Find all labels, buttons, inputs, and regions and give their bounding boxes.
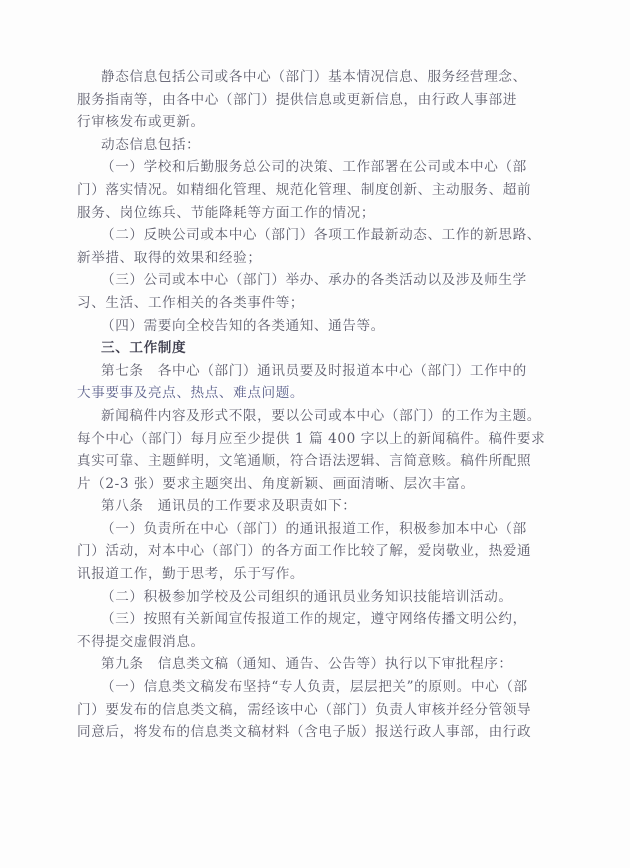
article-8-item-3-line-2: 不得提交虚假消息。 <box>77 631 555 654</box>
item-2-line-1: （二）反映公司或本中心（部门）各项工作最新动态、工作的新思路、 <box>77 224 555 247</box>
article-8-item-1-line-2: 门）活动，对本中心（部门）的各方面工作比较了解，爱岗敬业，热爱通 <box>77 540 555 563</box>
item-1-line-1: （一）学校和后勤服务总公司的决策、工作部署在公司或本中心（部 <box>77 156 555 179</box>
article-8-item-3-line-1: （三）按照有关新闻宣传报道工作的规定，遵守网络传播文明公约， <box>77 608 555 631</box>
article-7-line-2: 大事要事及亮点、热点、难点问题。 <box>77 382 555 405</box>
news-manuscript-line-1: 新闻稿件内容及形式不限，要以公司或本中心（部门）的工作为主题。 <box>77 405 555 428</box>
article-8-item-1-line-1: （一）负责所在中心（部门）的通讯报道工作，积极参加本中心（部 <box>77 518 555 541</box>
article-9-item-1-line-2: 门）要发布的信息类文稿，需经该中心（部门）负责人审核并经分管领导 <box>77 699 555 722</box>
item-3-line-1: （三）公司或本中心（部门）举办、承办的各类活动以及涉及师生学 <box>77 269 555 292</box>
item-2-line-2: 新举措、取得的效果和经验； <box>77 247 555 270</box>
article-8-item-2-line-1: （二）积极参加学校及公司组织的通讯员业务知识技能培训活动。 <box>77 586 555 609</box>
news-manuscript-line-2: 每个中心（部门）每月应至少提供 1 篇 400 字以上的新闻稿件。稿件要求 <box>77 428 555 451</box>
item-4-line-1: （四）需要向全校告知的各类通知、通告等。 <box>77 315 555 338</box>
paragraph-static-info-line-1: 静态信息包括公司或各中心（部门）基本情况信息、服务经营理念、 <box>77 66 555 89</box>
dynamic-info-intro: 动态信息包括： <box>77 134 555 157</box>
article-9-item-1-line-3: 同意后，将发布的信息类文稿材料（含电子版）报送行政人事部，由行政 <box>77 721 555 744</box>
item-3-line-2: 习、生活、工作相关的各类事件等； <box>77 292 555 315</box>
article-9-item-1-line-1: （一）信息类文稿发布坚持“专人负责，层层把关”的原则。中心（部 <box>77 676 555 699</box>
news-manuscript-line-3: 真实可靠、主题鲜明，文笔通顺，符合语法逻辑、言简意赅。稿件所配照 <box>77 450 555 473</box>
article-9-line-1: 第九条 信息类文稿（通知、通告、公告等）执行以下审批程序： <box>77 653 555 676</box>
article-7-line-1: 第七条 各中心（部门）通讯员要及时报道本中心（部门）工作中的 <box>77 360 555 383</box>
article-8-item-1-line-3: 讯报道工作，勤于思考，乐于写作。 <box>77 563 555 586</box>
item-1-line-3: 服务、岗位练兵、节能降耗等方面工作的情况； <box>77 202 555 225</box>
item-1-line-2: 门）落实情况。如精细化管理、规范化管理、制度创新、主动服务、超前 <box>77 179 555 202</box>
paragraph-static-info-line-2: 服务指南等，由各中心（部门）提供信息或更新信息，由行政人事部进 <box>77 89 555 112</box>
section-heading-work-system: 三、工作制度 <box>77 337 555 360</box>
news-manuscript-line-4: 片（2-3 张）要求主题突出、角度新颖、画面清晰、层次丰富。 <box>77 473 555 496</box>
article-8-line-1: 第八条 通讯员的工作要求及职责如下： <box>77 495 555 518</box>
document-page: 静态信息包括公司或各中心（部门）基本情况信息、服务经营理念、 服务指南等，由各中… <box>77 66 555 744</box>
paragraph-static-info-line-3: 行审核发布或更新。 <box>77 111 555 134</box>
